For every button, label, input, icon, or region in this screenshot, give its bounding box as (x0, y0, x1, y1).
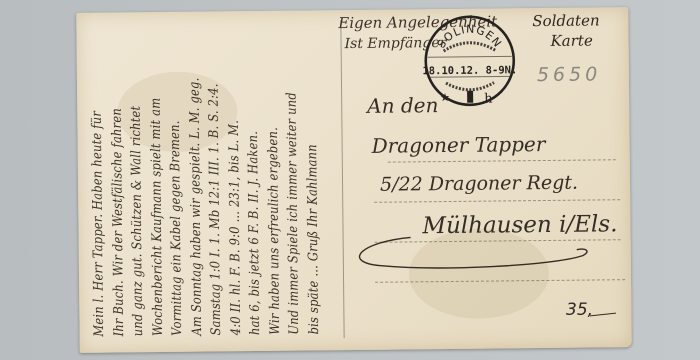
price-annotation: 35, (566, 300, 593, 320)
svg-text:18.10.12. 8-9N.: 18.10.12. 8-9N. (422, 64, 517, 77)
postcard: Mein l. Herr Tapper. Haben heute für Ihr… (76, 7, 632, 353)
card-divider-line (340, 20, 344, 338)
address-line: 5/22 Dragoner Regt. (380, 172, 578, 196)
card-type-label: Soldaten Karte (532, 11, 600, 50)
address-line: Dragoner Tapper (372, 132, 546, 158)
message-line: bis späte ... Gruß Ihr Kahlmann (299, 16, 325, 334)
svg-text:★: ★ (440, 91, 450, 104)
address-dotted-line (374, 199, 620, 203)
address-line: An den (367, 93, 438, 118)
svg-text:SOLINGEN: SOLINGEN (434, 22, 504, 50)
underline-swash-icon (351, 229, 601, 272)
svg-text:h: h (484, 92, 493, 107)
handwritten-message: Mein l. Herr Tapper. Haben heute für Ihr… (82, 16, 339, 345)
pencil-inventory-number: 5650 (537, 63, 602, 86)
address-dotted-line (388, 159, 616, 162)
card-type-line1: Soldaten (532, 11, 599, 30)
card-type-line2: Karte (550, 31, 599, 50)
message-lines: Mein l. Herr Tapper. Haben heute für Ihr… (82, 16, 339, 345)
